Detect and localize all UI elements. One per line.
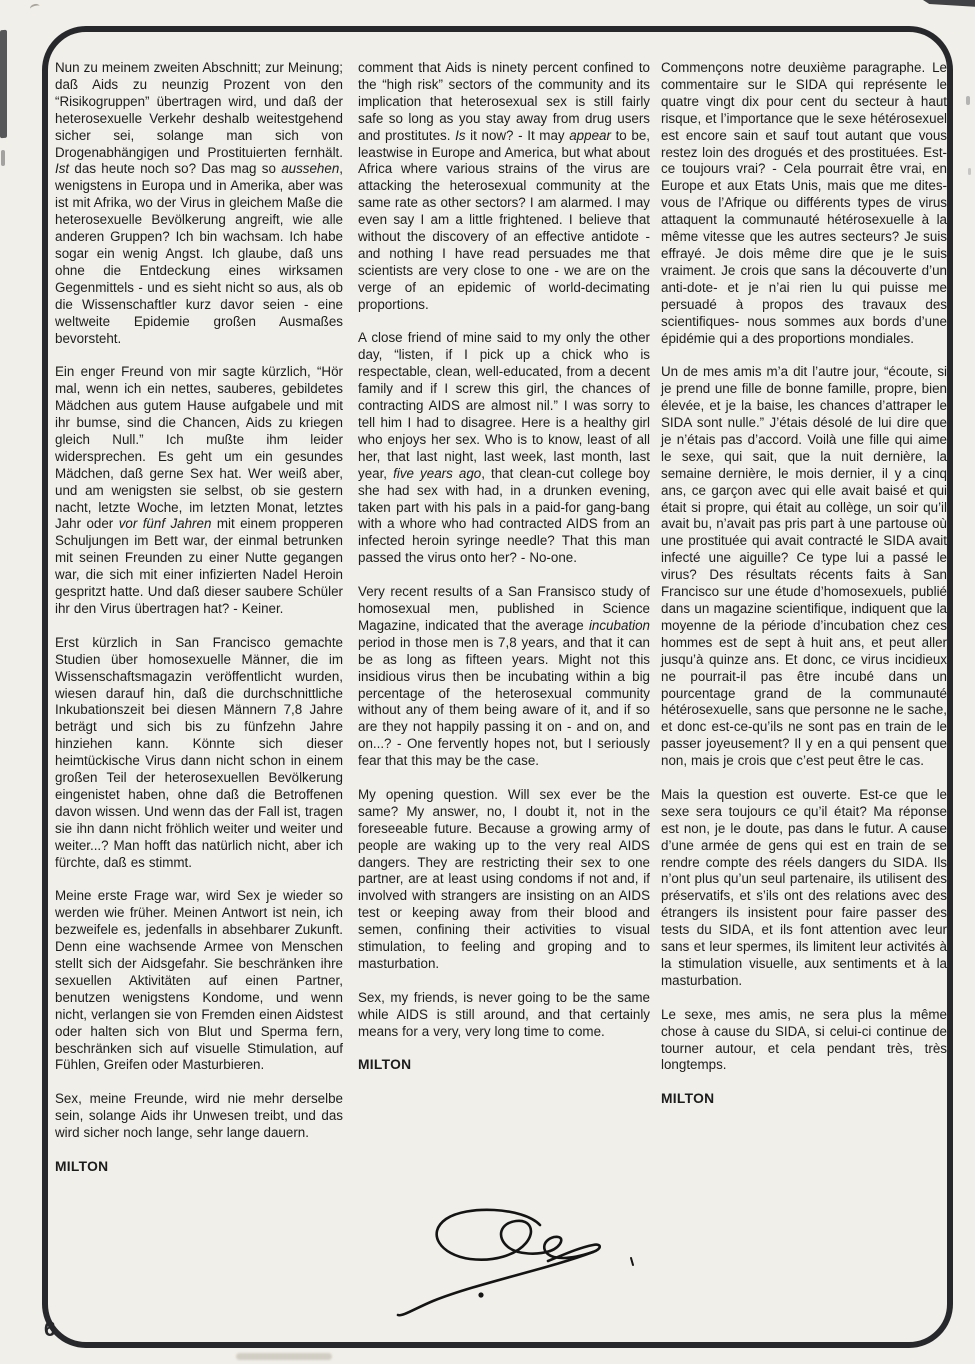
page-number: 6: [44, 1318, 56, 1342]
scan-artifact: [968, 168, 971, 175]
paragraph: Sex, meine Freunde, wird nie mehr dersel…: [55, 1091, 343, 1142]
paragraph: Erst kürzlich in San Francisco gemachte …: [55, 635, 343, 872]
column-french: Commençons notre deuxième paragraphe. Le…: [661, 60, 947, 1108]
paragraph: Sex, my friends, is never going to be th…: [358, 990, 650, 1041]
paragraph: My opening question. Will sex ever be th…: [358, 787, 650, 973]
column-english: comment that Aids is ninety percent conf…: [358, 60, 650, 1074]
scan-artifact: [1, 150, 5, 166]
signoff-milton: MILTON: [358, 1057, 650, 1074]
signature-icon: [388, 1203, 640, 1345]
paragraph: Le sexe, mes amis, ne sera plus la même …: [661, 1007, 947, 1075]
paragraph: Very recent results of a San Fransisco s…: [358, 584, 650, 770]
magazine-page: Nun zu meinem zweiten Abschnitt; zur Mei…: [0, 0, 975, 1364]
scan-artifact: [0, 30, 7, 138]
paragraph: Nun zu meinem zweiten Abschnitt; zur Mei…: [55, 60, 343, 347]
paragraph: Un de mes amis m’a dit l’autre jour, “éc…: [661, 364, 947, 770]
scan-artifact: [236, 1353, 332, 1360]
signoff-milton: MILTON: [55, 1159, 343, 1176]
scan-artifact: [923, 0, 975, 9]
signoff-milton: MILTON: [661, 1091, 947, 1108]
scan-artifact: [29, 3, 40, 12]
paragraph: Mais la question est ouverte. Est-ce que…: [661, 787, 947, 990]
paragraph: Commençons notre deuxième paragraphe. Le…: [661, 60, 947, 347]
paragraph: Meine erste Frage war, wird Sex je wiede…: [55, 888, 343, 1074]
paragraph: A close friend of mine said to my only t…: [358, 330, 650, 567]
paragraph: comment that Aids is ninety percent conf…: [358, 60, 650, 314]
paragraph: Ein enger Freund von mir sagte kürzlich,…: [55, 364, 343, 618]
scan-artifact: [966, 96, 970, 105]
column-german: Nun zu meinem zweiten Abschnitt; zur Mei…: [55, 60, 343, 1176]
